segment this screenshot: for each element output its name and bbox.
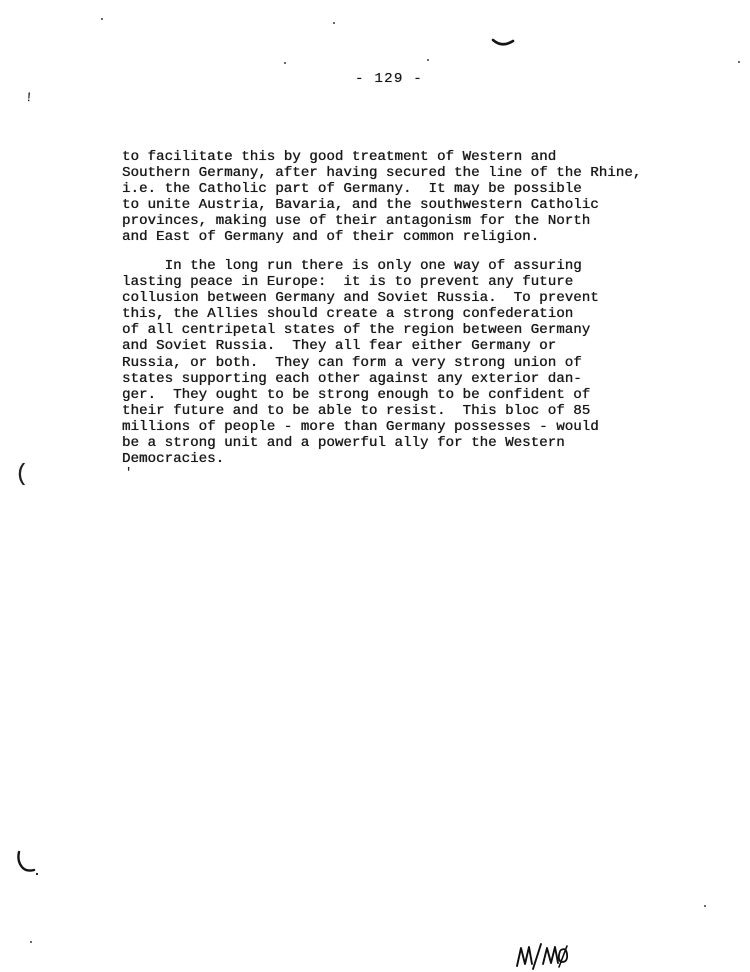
paragraph-2: In the long run there is only one way of…: [122, 258, 667, 467]
scanned-document-page: - 129 - to facilitate this by good treat…: [0, 0, 750, 972]
handwritten-initials-icon: [514, 941, 572, 971]
scan-mark-apostrophe: ': [125, 466, 132, 480]
page-number: - 129 -: [355, 71, 423, 87]
scan-speck: [333, 22, 335, 24]
scan-speck: [427, 59, 429, 61]
scan-mark-exclamation: !: [24, 90, 33, 106]
scan-speck: [738, 61, 740, 63]
pen-smudge-mark-icon: [12, 849, 42, 881]
scan-speck: [704, 905, 706, 907]
pen-curve-mark-icon: [491, 37, 515, 49]
scan-speck: [30, 941, 32, 943]
scan-speck: [284, 62, 286, 64]
scan-mark-paren: (: [15, 461, 29, 487]
scan-speck: [101, 18, 103, 20]
paragraph-1: to facilitate this by good treatment of …: [122, 149, 667, 246]
